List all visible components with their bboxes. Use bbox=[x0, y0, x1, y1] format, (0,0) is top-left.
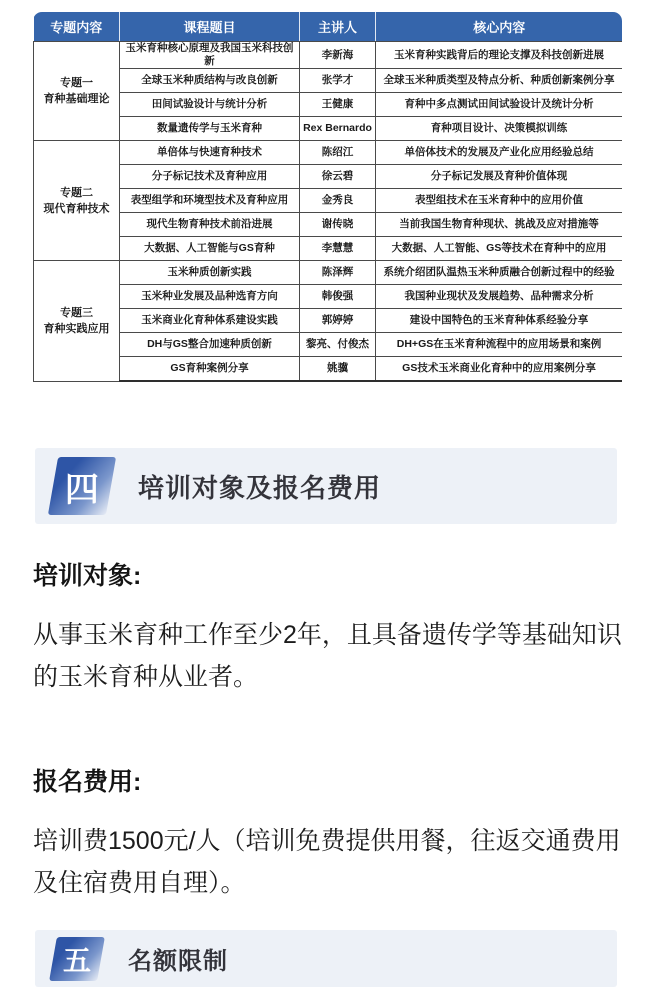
course-cell: GS育种案例分享 bbox=[120, 357, 300, 382]
course-cell: 大数据、人工智能与GS育种 bbox=[120, 237, 300, 261]
content-cell: 建设中国特色的玉米育种体系经验分享 bbox=[376, 309, 623, 333]
course-cell: 表型组学和环境型技术及育种应用 bbox=[120, 189, 300, 213]
table-row: 专题二 现代育种技术 单倍体与快速育种技术 陈绍江 单倍体技术的发展及产业化应用… bbox=[34, 141, 623, 165]
table-row: 田间试验设计与统计分析 王健康 育种中多点测试田间试验设计及统计分析 bbox=[34, 93, 623, 117]
content-cell: 分子标记发展及育种价值体现 bbox=[376, 165, 623, 189]
content-cell: DH+GS在玉米育种流程中的应用场景和案例 bbox=[376, 333, 623, 357]
table-row: GS育种案例分享 姚骥 GS技术玉米商业化育种中的应用案例分享 bbox=[34, 357, 623, 382]
topic-line2: 育种实践应用 bbox=[36, 321, 117, 337]
section-number-badge: 五 bbox=[49, 937, 105, 981]
course-cell: 单倍体与快速育种技术 bbox=[120, 141, 300, 165]
course-cell: 现代生物育种技术前沿进展 bbox=[120, 213, 300, 237]
table-row: 全球玉米种质结构与改良创新 张学才 全球玉米种质类型及特点分析、种质创新案例分享 bbox=[34, 69, 623, 93]
section-number: 四 bbox=[65, 462, 99, 511]
speaker-cell: 李慧慧 bbox=[300, 237, 376, 261]
speaker-cell: Rex Bernardo bbox=[300, 117, 376, 141]
col-header-course: 课程题目 bbox=[120, 12, 300, 42]
section-number-badge: 四 bbox=[48, 457, 116, 515]
course-cell: 田间试验设计与统计分析 bbox=[120, 93, 300, 117]
table-row: 数量遗传学与玉米育种 Rex Bernardo 育种项目设计、决策模拟训练 bbox=[34, 117, 623, 141]
trainees-text: 从事玉米育种工作至少2年，且具备遗传学等基础知识的玉米育种从业者。 bbox=[33, 614, 625, 698]
content-cell: 我国种业现状及发展趋势、品种需求分析 bbox=[376, 285, 623, 309]
course-cell: 分子标记技术及育种应用 bbox=[120, 165, 300, 189]
course-cell: 全球玉米种质结构与改良创新 bbox=[120, 69, 300, 93]
col-header-speaker: 主讲人 bbox=[300, 12, 376, 42]
content-cell: GS技术玉米商业化育种中的应用案例分享 bbox=[376, 357, 623, 382]
topic-line1: 专题三 bbox=[36, 305, 117, 321]
section-title: 名额限制 bbox=[128, 941, 228, 976]
content-cell: 系统介绍团队温热玉米种质融合创新过程中的经验 bbox=[376, 261, 623, 285]
speaker-cell: 徐云碧 bbox=[300, 165, 376, 189]
section-heading-training-targets: 四 培训对象及报名费用 bbox=[35, 448, 617, 524]
speaker-cell: 陈泽辉 bbox=[300, 261, 376, 285]
course-table: 专题内容 课程题目 主讲人 核心内容 专题一 育种基础理论 玉米育种核心原理及我… bbox=[33, 12, 622, 382]
table-row: DH与GS整合加速种质创新 黎亮、付俊杰 DH+GS在玉米育种流程中的应用场景和… bbox=[34, 333, 623, 357]
speaker-cell: 张学才 bbox=[300, 69, 376, 93]
fee-text: 培训费1500元/人（培训免费提供用餐，往返交通费用及住宿费用自理）。 bbox=[33, 820, 625, 904]
content-cell: 育种中多点测试田间试验设计及统计分析 bbox=[376, 93, 623, 117]
topic-cell-1: 专题一 育种基础理论 bbox=[34, 42, 120, 141]
trainees-label: 培训对象: bbox=[33, 556, 141, 592]
speaker-cell: 李新海 bbox=[300, 42, 376, 69]
table-row: 现代生物育种技术前沿进展 谢传晓 当前我国生物育种现状、挑战及应对措施等 bbox=[34, 213, 623, 237]
topic-line2: 现代育种技术 bbox=[36, 201, 117, 217]
content-cell: 单倍体技术的发展及产业化应用经验总结 bbox=[376, 141, 623, 165]
content-cell: 大数据、人工智能、GS等技术在育种中的应用 bbox=[376, 237, 623, 261]
topic-cell-2: 专题二 现代育种技术 bbox=[34, 141, 120, 261]
speaker-cell: 姚骥 bbox=[300, 357, 376, 382]
table-row: 玉米商业化育种体系建设实践 郭婷婷 建设中国特色的玉米育种体系经验分享 bbox=[34, 309, 623, 333]
content-cell: 育种项目设计、决策模拟训练 bbox=[376, 117, 623, 141]
table-row: 分子标记技术及育种应用 徐云碧 分子标记发展及育种价值体现 bbox=[34, 165, 623, 189]
course-cell: DH与GS整合加速种质创新 bbox=[120, 333, 300, 357]
table-row: 大数据、人工智能与GS育种 李慧慧 大数据、人工智能、GS等技术在育种中的应用 bbox=[34, 237, 623, 261]
section-heading-quota-limit: 五 名额限制 bbox=[35, 930, 617, 987]
article-page: 专题内容 课程题目 主讲人 核心内容 专题一 育种基础理论 玉米育种核心原理及我… bbox=[0, 0, 650, 987]
speaker-cell: 王健康 bbox=[300, 93, 376, 117]
content-cell: 当前我国生物育种现状、挑战及应对措施等 bbox=[376, 213, 623, 237]
section-title: 培训对象及报名费用 bbox=[138, 468, 381, 505]
topic-line2: 育种基础理论 bbox=[36, 91, 117, 107]
topic-line1: 专题一 bbox=[36, 75, 117, 91]
topic-line1: 专题二 bbox=[36, 185, 117, 201]
table-row: 表型组学和环境型技术及育种应用 金秀良 表型组技术在玉米育种中的应用价值 bbox=[34, 189, 623, 213]
course-schedule-table: 专题内容 课程题目 主讲人 核心内容 专题一 育种基础理论 玉米育种核心原理及我… bbox=[33, 12, 622, 382]
table-row: 玉米种业发展及品种选育方向 韩俊强 我国种业现状及发展趋势、品种需求分析 bbox=[34, 285, 623, 309]
content-cell: 表型组技术在玉米育种中的应用价值 bbox=[376, 189, 623, 213]
content-cell: 全球玉米种质类型及特点分析、种质创新案例分享 bbox=[376, 69, 623, 93]
speaker-cell: 郭婷婷 bbox=[300, 309, 376, 333]
fee-label: 报名费用: bbox=[33, 762, 141, 798]
topic-cell-3: 专题三 育种实践应用 bbox=[34, 261, 120, 382]
speaker-cell: 韩俊强 bbox=[300, 285, 376, 309]
speaker-cell: 谢传晓 bbox=[300, 213, 376, 237]
section-number: 五 bbox=[63, 939, 91, 979]
col-header-topic: 专题内容 bbox=[34, 12, 120, 42]
course-cell: 玉米种质创新实践 bbox=[120, 261, 300, 285]
course-cell: 玉米商业化育种体系建设实践 bbox=[120, 309, 300, 333]
table-row: 专题三 育种实践应用 玉米种质创新实践 陈泽辉 系统介绍团队温热玉米种质融合创新… bbox=[34, 261, 623, 285]
course-cell: 玉米种业发展及品种选育方向 bbox=[120, 285, 300, 309]
content-cell: 玉米育种实践背后的理论支撑及科技创新进展 bbox=[376, 42, 623, 69]
course-cell: 数量遗传学与玉米育种 bbox=[120, 117, 300, 141]
course-cell: 玉米育种核心原理及我国玉米科技创新 bbox=[120, 42, 300, 69]
speaker-cell: 黎亮、付俊杰 bbox=[300, 333, 376, 357]
table-header-row: 专题内容 课程题目 主讲人 核心内容 bbox=[34, 12, 623, 42]
speaker-cell: 金秀良 bbox=[300, 189, 376, 213]
col-header-content: 核心内容 bbox=[376, 12, 623, 42]
speaker-cell: 陈绍江 bbox=[300, 141, 376, 165]
table-row: 专题一 育种基础理论 玉米育种核心原理及我国玉米科技创新 李新海 玉米育种实践背… bbox=[34, 42, 623, 69]
